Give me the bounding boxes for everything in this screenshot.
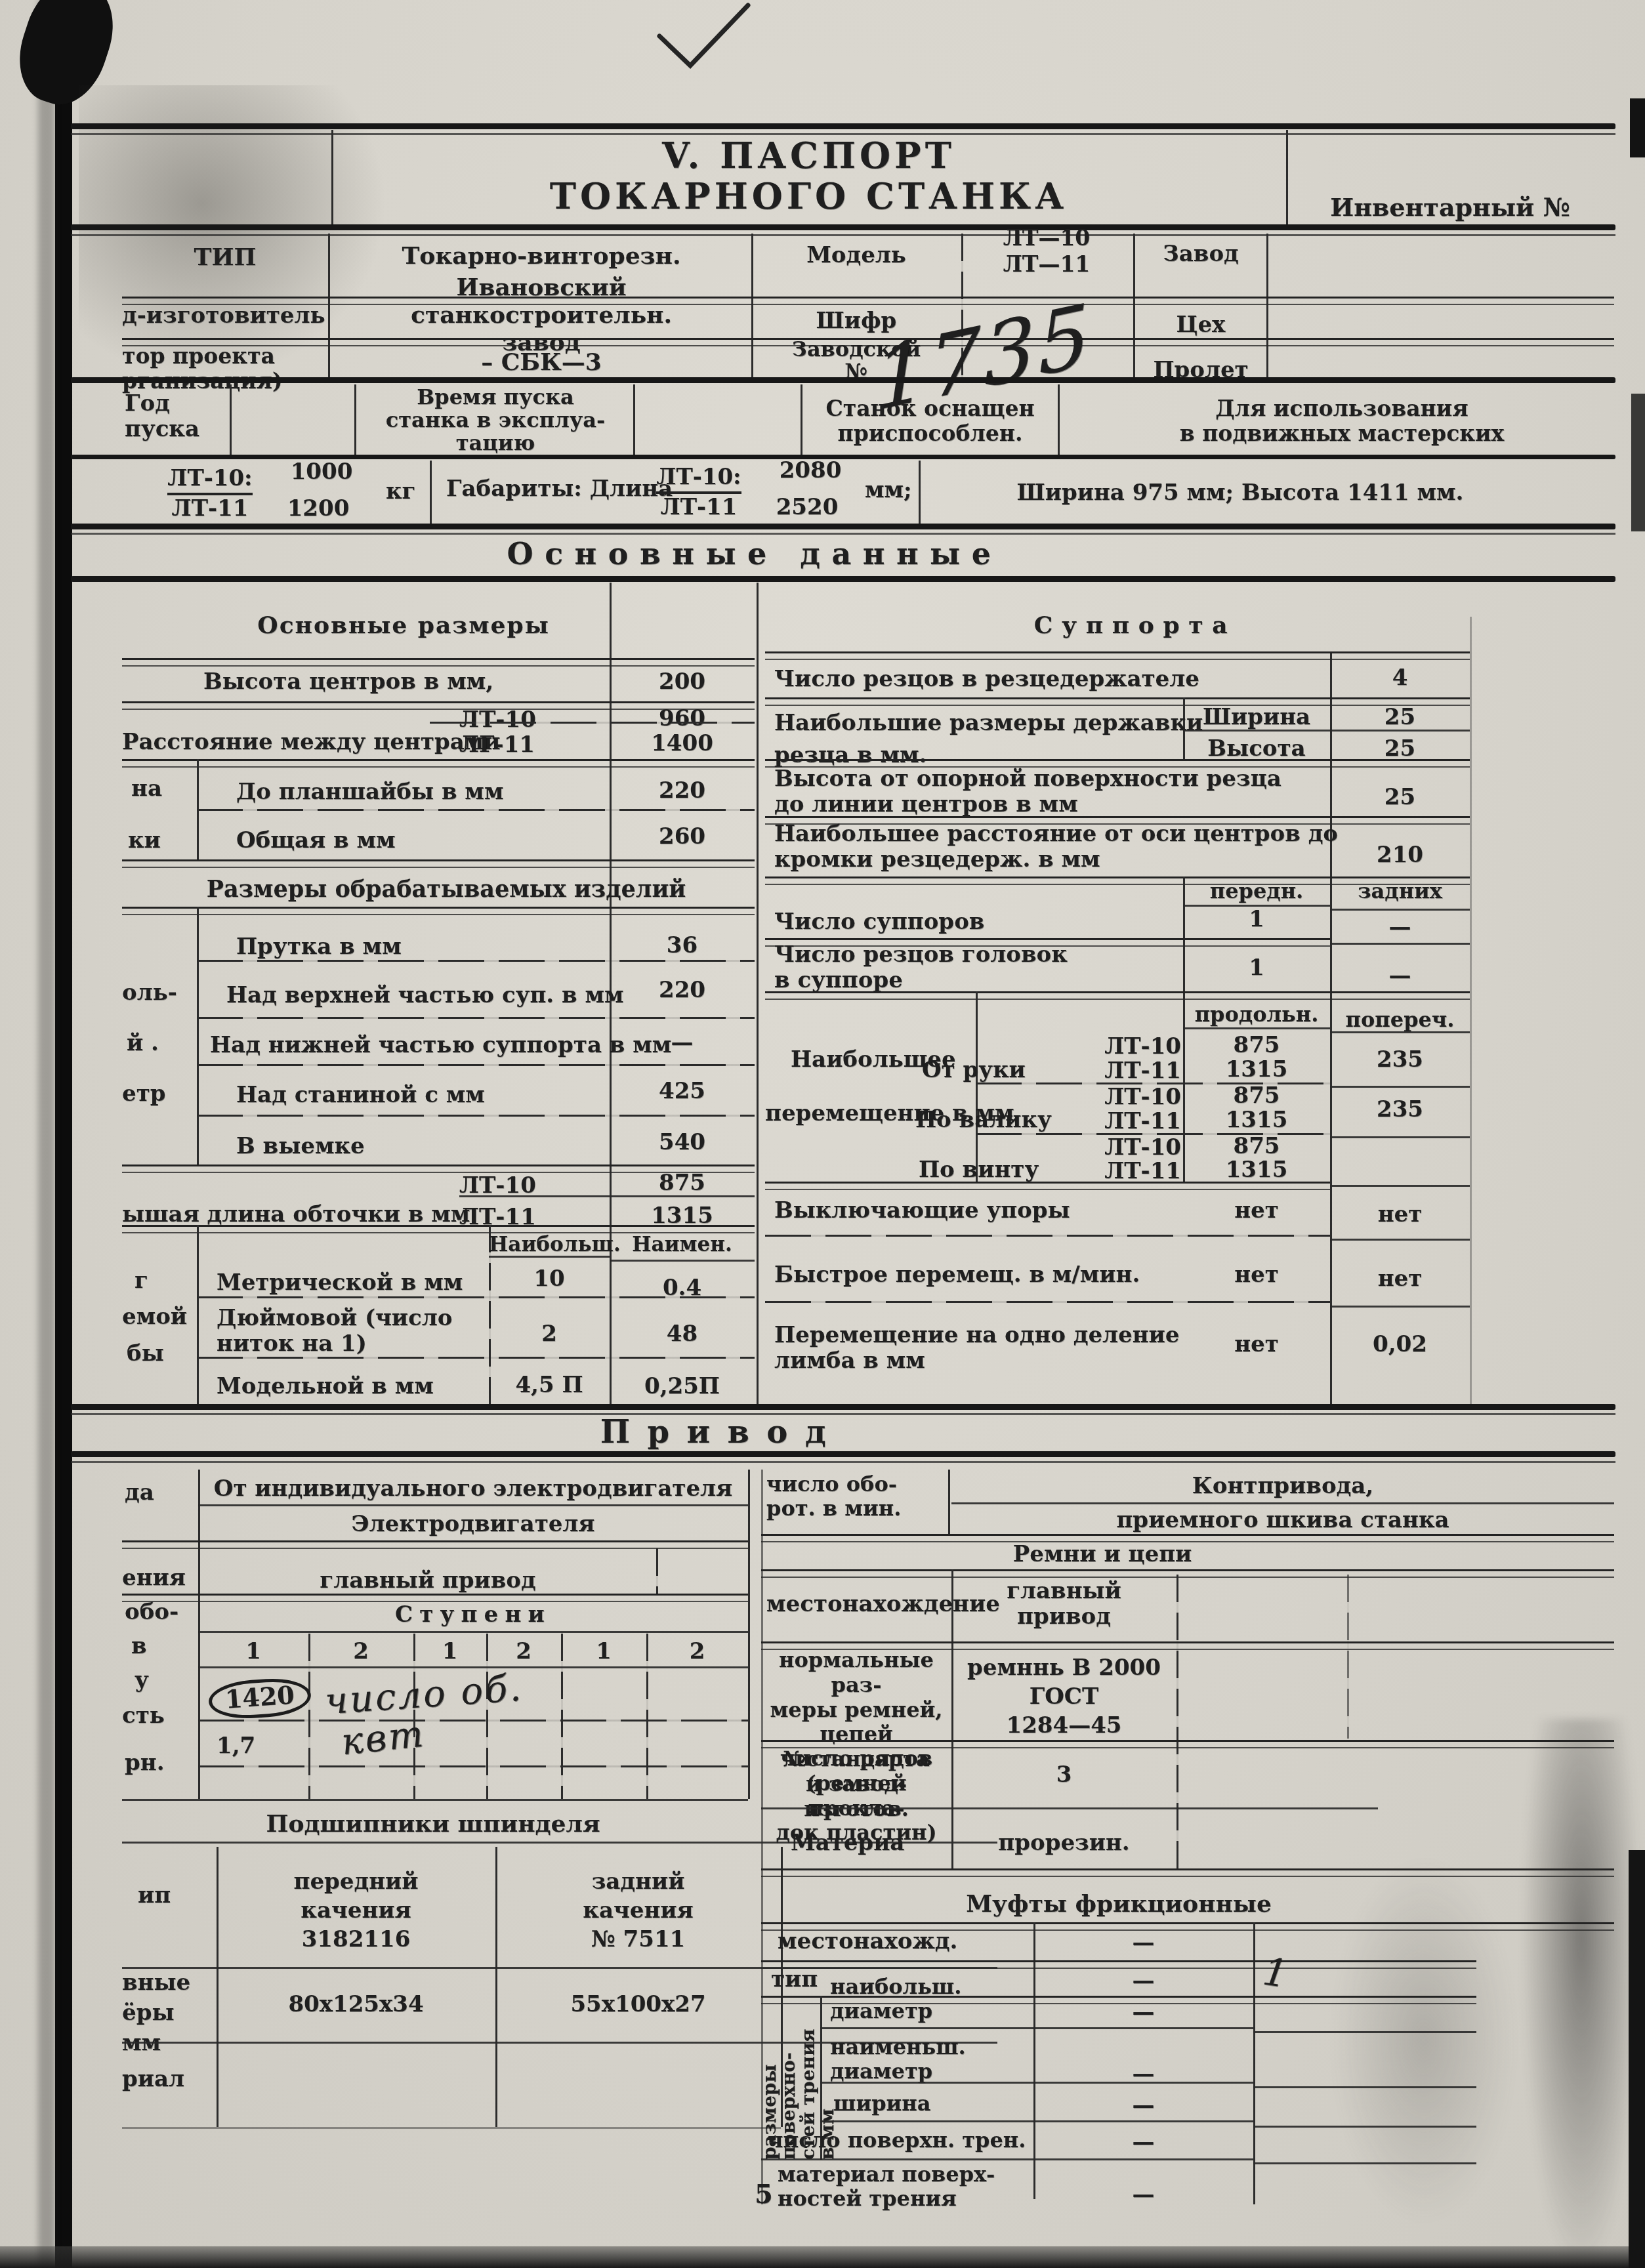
rule	[1330, 1239, 1470, 1241]
rule	[198, 1504, 748, 1506]
rule	[122, 1540, 748, 1549]
rule	[1330, 943, 1470, 945]
inch-thread-label: Дюймовой (число ниток на 1)	[217, 1306, 452, 1357]
rapid-travel-label: Быстрое перемещ. в м/мин.	[774, 1262, 1140, 1288]
divider	[1058, 384, 1060, 455]
smallest-diameter-label: наименьш. диаметр	[830, 2035, 966, 2084]
margin-fragment: риал	[122, 2067, 184, 2092]
over-bed-value: 425	[610, 1079, 755, 1104]
rule	[765, 1235, 1330, 1237]
rule	[122, 658, 755, 667]
workpiece-sizes-header: Размеры обрабатываемых изделий	[151, 876, 741, 903]
margin-fragment: бы	[127, 1341, 164, 1367]
page-number: 5	[755, 2179, 773, 2210]
margin-fragment: ки	[128, 828, 161, 854]
friction-surface-material-value: —	[1033, 2182, 1253, 2208]
front-header: передн.	[1183, 879, 1330, 903]
over-upper-support-label: Над верхней частью суп. в мм	[226, 983, 624, 1008]
rear-header: задних	[1330, 879, 1470, 903]
scanned-passport-page: V. ПАСПОРТ ТОКАРНОГО СТАНКА Инвентарный …	[0, 0, 1645, 2268]
dimensions-label: Габариты: Длина	[446, 476, 673, 502]
rapid-travel-front: нет	[1183, 1262, 1330, 1288]
by-screw-label: По винту	[919, 1157, 1039, 1183]
center-distance-lt11-value: 1400	[610, 731, 755, 756]
model-label: Модель	[755, 243, 958, 268]
rule	[1253, 2126, 1476, 2128]
cutters-in-holder-label: Число резцов в резцедержателе	[774, 667, 1199, 692]
rule	[71, 234, 1615, 236]
clutch-type-label: тип	[771, 1967, 818, 1992]
clutch-location-label: местонахожд.	[778, 1929, 957, 1954]
step-col-6: 2	[646, 1639, 748, 1664]
rule	[71, 377, 1615, 383]
rule	[71, 123, 1615, 129]
counter-drive-label: Контпривода,	[951, 1474, 1614, 1499]
rule	[122, 2127, 781, 2129]
by-hand-lt10: ЛТ-10	[1063, 1034, 1181, 1060]
by-roller-lt11-value: 1315	[1183, 1107, 1330, 1133]
rule	[765, 991, 1470, 1000]
cutter-height-value: 25	[1330, 785, 1470, 810]
by-hand-lt11: ЛТ-11	[1063, 1058, 1181, 1084]
inventory-number-label: Инвентарный №	[1296, 193, 1604, 222]
in-gap-label: В выемке	[236, 1134, 365, 1159]
center-height-label: Высота центров в мм,	[203, 669, 493, 695]
passport-title-line1: V. ПАСПОРТ	[331, 135, 1286, 176]
holder-height-label: Высота	[1183, 736, 1330, 762]
in-gap-value: 540	[610, 1130, 755, 1155]
center-distance-label: Расстояние между центрами	[122, 730, 500, 755]
supports-count-label: Число суппоров	[774, 909, 984, 935]
step-col-2: 2	[308, 1639, 413, 1664]
divider	[919, 461, 921, 524]
motor-label: Электродвигателя	[198, 1512, 748, 1537]
rule	[198, 1666, 748, 1668]
cutters-in-holder-value: 4	[1330, 665, 1470, 691]
rule	[71, 576, 1615, 582]
length-value1: 2080	[761, 458, 860, 484]
metric-thread-max: 10	[489, 1266, 610, 1292]
rpm-handwritten-note: число об.	[323, 1668, 524, 1724]
rule	[197, 1357, 755, 1359]
margin-fragment: емой	[122, 1304, 187, 1330]
rule	[71, 1461, 1615, 1463]
divider	[948, 1470, 950, 1534]
rule	[197, 1115, 755, 1117]
margin-fragment: на	[131, 776, 162, 802]
divider	[430, 461, 432, 524]
divider	[633, 384, 635, 455]
scan-corner-blob	[7, 0, 126, 115]
turning-length-label: ышая длина обточки в мм	[122, 1202, 470, 1227]
rule	[198, 1631, 748, 1633]
largest-diameter-label: наибольш. диаметр	[830, 1975, 961, 2023]
rule	[122, 1799, 748, 1801]
material-value: прорезин.	[951, 1830, 1176, 1856]
main-drive-label: главный привод	[198, 1568, 657, 1594]
by-hand-lt10-value: 875	[1183, 1033, 1330, 1058]
divider	[976, 991, 978, 1183]
dial-division-label: Перемещение на одно деление лимба в мм	[774, 1323, 1179, 1374]
margin-fragment: вные ёры мм	[122, 1968, 190, 2059]
supports-count-rear: —	[1330, 915, 1470, 940]
module-thread-max: 4,5 П	[489, 1372, 610, 1398]
divider	[354, 384, 356, 455]
divider	[656, 1548, 658, 1594]
rule	[197, 1017, 755, 1019]
by-hand-label: От руки	[922, 1058, 1026, 1083]
rule	[489, 1256, 610, 1258]
to-faceplate-label: До планшайбы в мм	[236, 779, 503, 805]
divider	[801, 384, 802, 455]
margin-fragment: у	[135, 1668, 149, 1693]
by-roller-lt10-value: 875	[1183, 1083, 1330, 1109]
clutch-width-label: ширина	[833, 2092, 930, 2116]
belt-standard-value: ремннь В 2000 ГОСТ 1284—45	[951, 1653, 1176, 1741]
width-height-values: Ширина 975 мм; Высота 1411 мм.	[945, 480, 1535, 506]
friction-surfaces-count-label: число поверхн. трен.	[768, 2128, 1026, 2153]
step-col-3: 1	[413, 1639, 486, 1664]
over-upper-support-value: 220	[610, 978, 755, 1003]
project-author-label: тор проекта рганизация)	[122, 344, 328, 394]
bar-diameter-label: Прутка в мм	[236, 934, 402, 960]
by-roller-lt10: ЛТ-10	[1063, 1084, 1181, 1110]
by-screw-lt11-value: 1315	[1183, 1157, 1330, 1183]
power-handwritten-note: квт	[339, 1713, 427, 1764]
rule	[197, 960, 755, 962]
basic-dimensions-header: Основные размеры	[197, 612, 610, 640]
rule	[761, 2158, 1253, 2160]
largest-header: Наибольш.	[489, 1233, 610, 1257]
type-label: ТИП	[122, 244, 328, 272]
rule	[122, 907, 755, 915]
rule	[1330, 1136, 1470, 1138]
scan-left-edge-shadow	[38, 0, 55, 2268]
length-unit: мм;	[865, 478, 912, 503]
dial-division-front: нет	[1183, 1332, 1330, 1357]
divider	[1347, 1575, 1349, 1739]
bar-diameter-value: 36	[610, 933, 755, 959]
rule	[761, 1868, 1614, 1877]
margin-fragment: г	[135, 1268, 148, 1294]
model-value-lt11: ЛТ—11	[961, 252, 1132, 277]
step-col-4: 2	[486, 1639, 561, 1664]
divider	[230, 384, 232, 455]
project-author-value: – СБК—3	[331, 349, 751, 377]
rows-count-value: 3	[951, 1762, 1176, 1788]
rule	[1253, 2162, 1476, 2164]
clutch-type-handwritten: 1	[1260, 1950, 1293, 1997]
rear-bearing: задний качения № 7511	[495, 1867, 781, 1954]
year-of-issue-label: Год пуска	[125, 391, 223, 443]
supports-count-front: 1	[1183, 907, 1330, 932]
margin-fragment: ип	[138, 1883, 171, 1908]
clutch-type-value: —	[1033, 1968, 1253, 1994]
rule	[197, 1064, 755, 1066]
scan-right-smudge	[1522, 1719, 1640, 2268]
heads-count-front: 1	[1183, 955, 1330, 981]
rule	[197, 1296, 755, 1298]
rule	[122, 759, 755, 768]
rule	[71, 533, 1615, 535]
rule	[430, 722, 755, 724]
location-value: главный привод	[951, 1578, 1176, 1630]
rule	[122, 859, 755, 868]
overall-value: 260	[610, 824, 755, 850]
divider	[1133, 234, 1135, 377]
by-screw-lt11: ЛТ-11	[1063, 1159, 1181, 1184]
scan-left-edge-bar	[55, 0, 72, 2268]
rule	[71, 1451, 1615, 1457]
rule	[820, 2120, 1253, 2122]
metric-thread-label: Метрической в мм	[217, 1270, 463, 1296]
stops-label: Выключающие упоры	[774, 1198, 1070, 1224]
length-model1: ЛТ-10:	[646, 464, 751, 490]
divider	[1286, 130, 1288, 226]
length-value2: 2520	[758, 495, 856, 520]
clutch-width-value: —	[1033, 2093, 1253, 2118]
weight-value2: 1200	[272, 496, 364, 522]
divider	[757, 583, 759, 1404]
shop-label: Цех	[1136, 312, 1265, 338]
by-hand-transverse: 235	[1330, 1047, 1470, 1073]
rpm-value-circled: 1420	[209, 1680, 311, 1718]
power-value: 1,7	[217, 1733, 255, 1759]
length-model2: ЛТ-11	[646, 495, 751, 520]
module-thread-min: 0,25П	[610, 1374, 755, 1399]
equipped-label: Станок оснащен приспособлен.	[804, 396, 1056, 447]
rule	[1330, 909, 1470, 911]
step-col-1: 1	[198, 1639, 308, 1664]
by-roller-transverse: 235	[1330, 1097, 1470, 1123]
rule	[198, 1765, 748, 1767]
rule	[820, 2027, 1253, 2029]
by-hand-lt11-value: 1315	[1183, 1057, 1330, 1082]
clutch-location-value: —	[1033, 1930, 1253, 1956]
friction-surface-material-label: материал поверх- ностей трения	[778, 2162, 995, 2211]
margin-fragment: етр	[122, 1081, 165, 1107]
rule	[610, 1260, 755, 1262]
to-faceplate-value: 220	[610, 778, 755, 804]
rule	[197, 809, 755, 811]
belts-chains-header: Ремни и цепи	[761, 1542, 1444, 1567]
margin-fragment: сть	[122, 1703, 165, 1729]
rule	[71, 524, 1615, 529]
type-value: Токарно-винторезн.	[331, 243, 751, 270]
over-lower-support-value: —	[610, 1030, 755, 1056]
margin-fragment: оль-	[122, 980, 177, 1006]
rule	[198, 1720, 748, 1722]
weight-unit: кг	[386, 479, 415, 505]
rule	[765, 651, 1470, 660]
longitudinal-header: продольн.	[1183, 1002, 1330, 1027]
passport-title-line2: ТОКАРНОГО СТАНКА	[331, 176, 1286, 217]
supports-header: Суппорта	[919, 612, 1352, 640]
center-height-value: 200	[610, 669, 755, 695]
scan-right-edge-mark3	[1629, 1850, 1645, 2268]
margin-fragment: рн.	[125, 1750, 165, 1776]
friction-clutches-header: Муфты фрикционные	[761, 1891, 1476, 1918]
scan-right-edge-mark2	[1631, 394, 1645, 531]
mobile-workshops-label: Для использования в подвижных мастерских	[1070, 396, 1614, 447]
scan-right-edge-mark1	[1630, 98, 1645, 157]
manufacturer-label: д-изготовитель	[122, 303, 328, 329]
by-screw-lt10: ЛТ-10	[1063, 1135, 1181, 1161]
rule	[459, 1195, 755, 1197]
commissioning-time-label: Время пуска станка в эксплуа- тацию	[358, 386, 633, 455]
cutter-height-label: Высота от опорной поверхности резца до л…	[774, 766, 1281, 818]
rule	[765, 1182, 1330, 1190]
rear-bearing-size: 55x100x27	[495, 1992, 781, 2017]
center-distance-lt11: ЛГ-11	[459, 732, 535, 758]
margin-fragment: ения	[122, 1565, 186, 1591]
by-roller-lt11: ЛТ-11	[1063, 1109, 1181, 1134]
rpm-column-label: число обо- рот. в мин.	[766, 1472, 901, 1521]
holder-width-label: Ширина	[1183, 705, 1330, 730]
margin-fragment: й .	[127, 1031, 159, 1056]
by-roller-label: По валику	[915, 1107, 1052, 1133]
weight-model2: ЛТ-11	[157, 496, 262, 522]
rule	[951, 1502, 1614, 1504]
rule	[71, 224, 1615, 230]
by-screw-lt10-value: 875	[1183, 1134, 1330, 1159]
rule	[1253, 2031, 1476, 2033]
rapid-travel-rear: нет	[1330, 1266, 1470, 1292]
rule	[1183, 1027, 1330, 1029]
stops-front: нет	[1183, 1198, 1330, 1224]
main-data-title: Основные данные	[262, 537, 1247, 571]
axis-distance-label: Наибольшее расстояние от оси центров до …	[774, 821, 1338, 873]
margin-fragment: обо-	[125, 1599, 178, 1625]
axis-distance-value: 210	[1330, 842, 1470, 868]
divider	[197, 1225, 199, 1404]
divider	[197, 907, 199, 1166]
divider	[751, 234, 753, 377]
inch-thread-min: 48	[610, 1321, 755, 1347]
margin-fragment: да	[125, 1480, 154, 1506]
rule	[1330, 1306, 1470, 1308]
center-distance-lt10-value: 960	[610, 706, 755, 732]
divider	[748, 1470, 750, 1799]
rule	[820, 2082, 1253, 2084]
friction-surfaces-count-value: —	[1033, 2130, 1253, 2155]
rule	[1330, 1031, 1470, 1033]
weight-model1: ЛТ-10:	[157, 466, 262, 491]
overall-label: Общая в мм	[236, 828, 396, 854]
step-col-5: 1	[561, 1639, 646, 1664]
material-label: Материа	[791, 1830, 904, 1856]
over-lower-support-label: Над нижней частью суппорта в мм	[210, 1033, 671, 1058]
front-bearing-size: 80x125x34	[217, 1992, 495, 2017]
rule	[71, 1404, 1615, 1410]
divider	[328, 234, 330, 377]
margin-fragment: в	[131, 1634, 147, 1659]
rule	[1183, 730, 1470, 732]
receiving-pulley-label: приемного шкива станка	[951, 1508, 1614, 1533]
divider	[1470, 617, 1472, 1404]
transverse-header: попереч.	[1330, 1008, 1470, 1032]
weight-value1: 1000	[276, 459, 367, 485]
holder-height-value: 25	[1330, 736, 1470, 762]
divider	[1266, 234, 1268, 377]
scan-bottom-band	[0, 2246, 1645, 2268]
turning-length-lt10-value: 875	[610, 1170, 755, 1196]
rule	[761, 1569, 1614, 1578]
rule	[765, 1301, 1330, 1303]
rule	[1253, 2086, 1476, 2088]
dial-division-rear: 0,02	[1330, 1332, 1470, 1357]
stops-rear: нет	[1330, 1202, 1470, 1227]
heads-count-label: Число резцов головок в суппоре	[774, 942, 1068, 994]
rule	[1330, 1086, 1470, 1088]
rule	[761, 1807, 1378, 1809]
spindle-bearings-header: Подшипники шпинделя	[217, 1811, 650, 1838]
divider	[1176, 1575, 1178, 1868]
module-thread-label: Модельной в мм	[217, 1374, 434, 1399]
steps-header: Ступени	[198, 1602, 748, 1628]
inch-thread-max: 2	[489, 1321, 610, 1347]
largest-diameter-value: —	[1033, 2000, 1253, 2025]
individual-motor-label: От индивидуального электродвигателя	[198, 1476, 748, 1502]
rule	[1330, 1185, 1470, 1187]
drive-title: Привод	[328, 1414, 1115, 1451]
plant-label: Завод	[1136, 241, 1265, 267]
heads-count-rear: —	[1330, 963, 1470, 989]
over-bed-label: Над станиной с мм	[236, 1082, 485, 1108]
handwritten-checkmark	[650, 0, 768, 75]
front-bearing: передний качения 3182116	[217, 1867, 495, 1954]
smallest-header: Наимен.	[610, 1233, 755, 1257]
model-value-lt10: ЛТ—10	[961, 226, 1132, 251]
holder-width-value: 25	[1330, 705, 1470, 730]
